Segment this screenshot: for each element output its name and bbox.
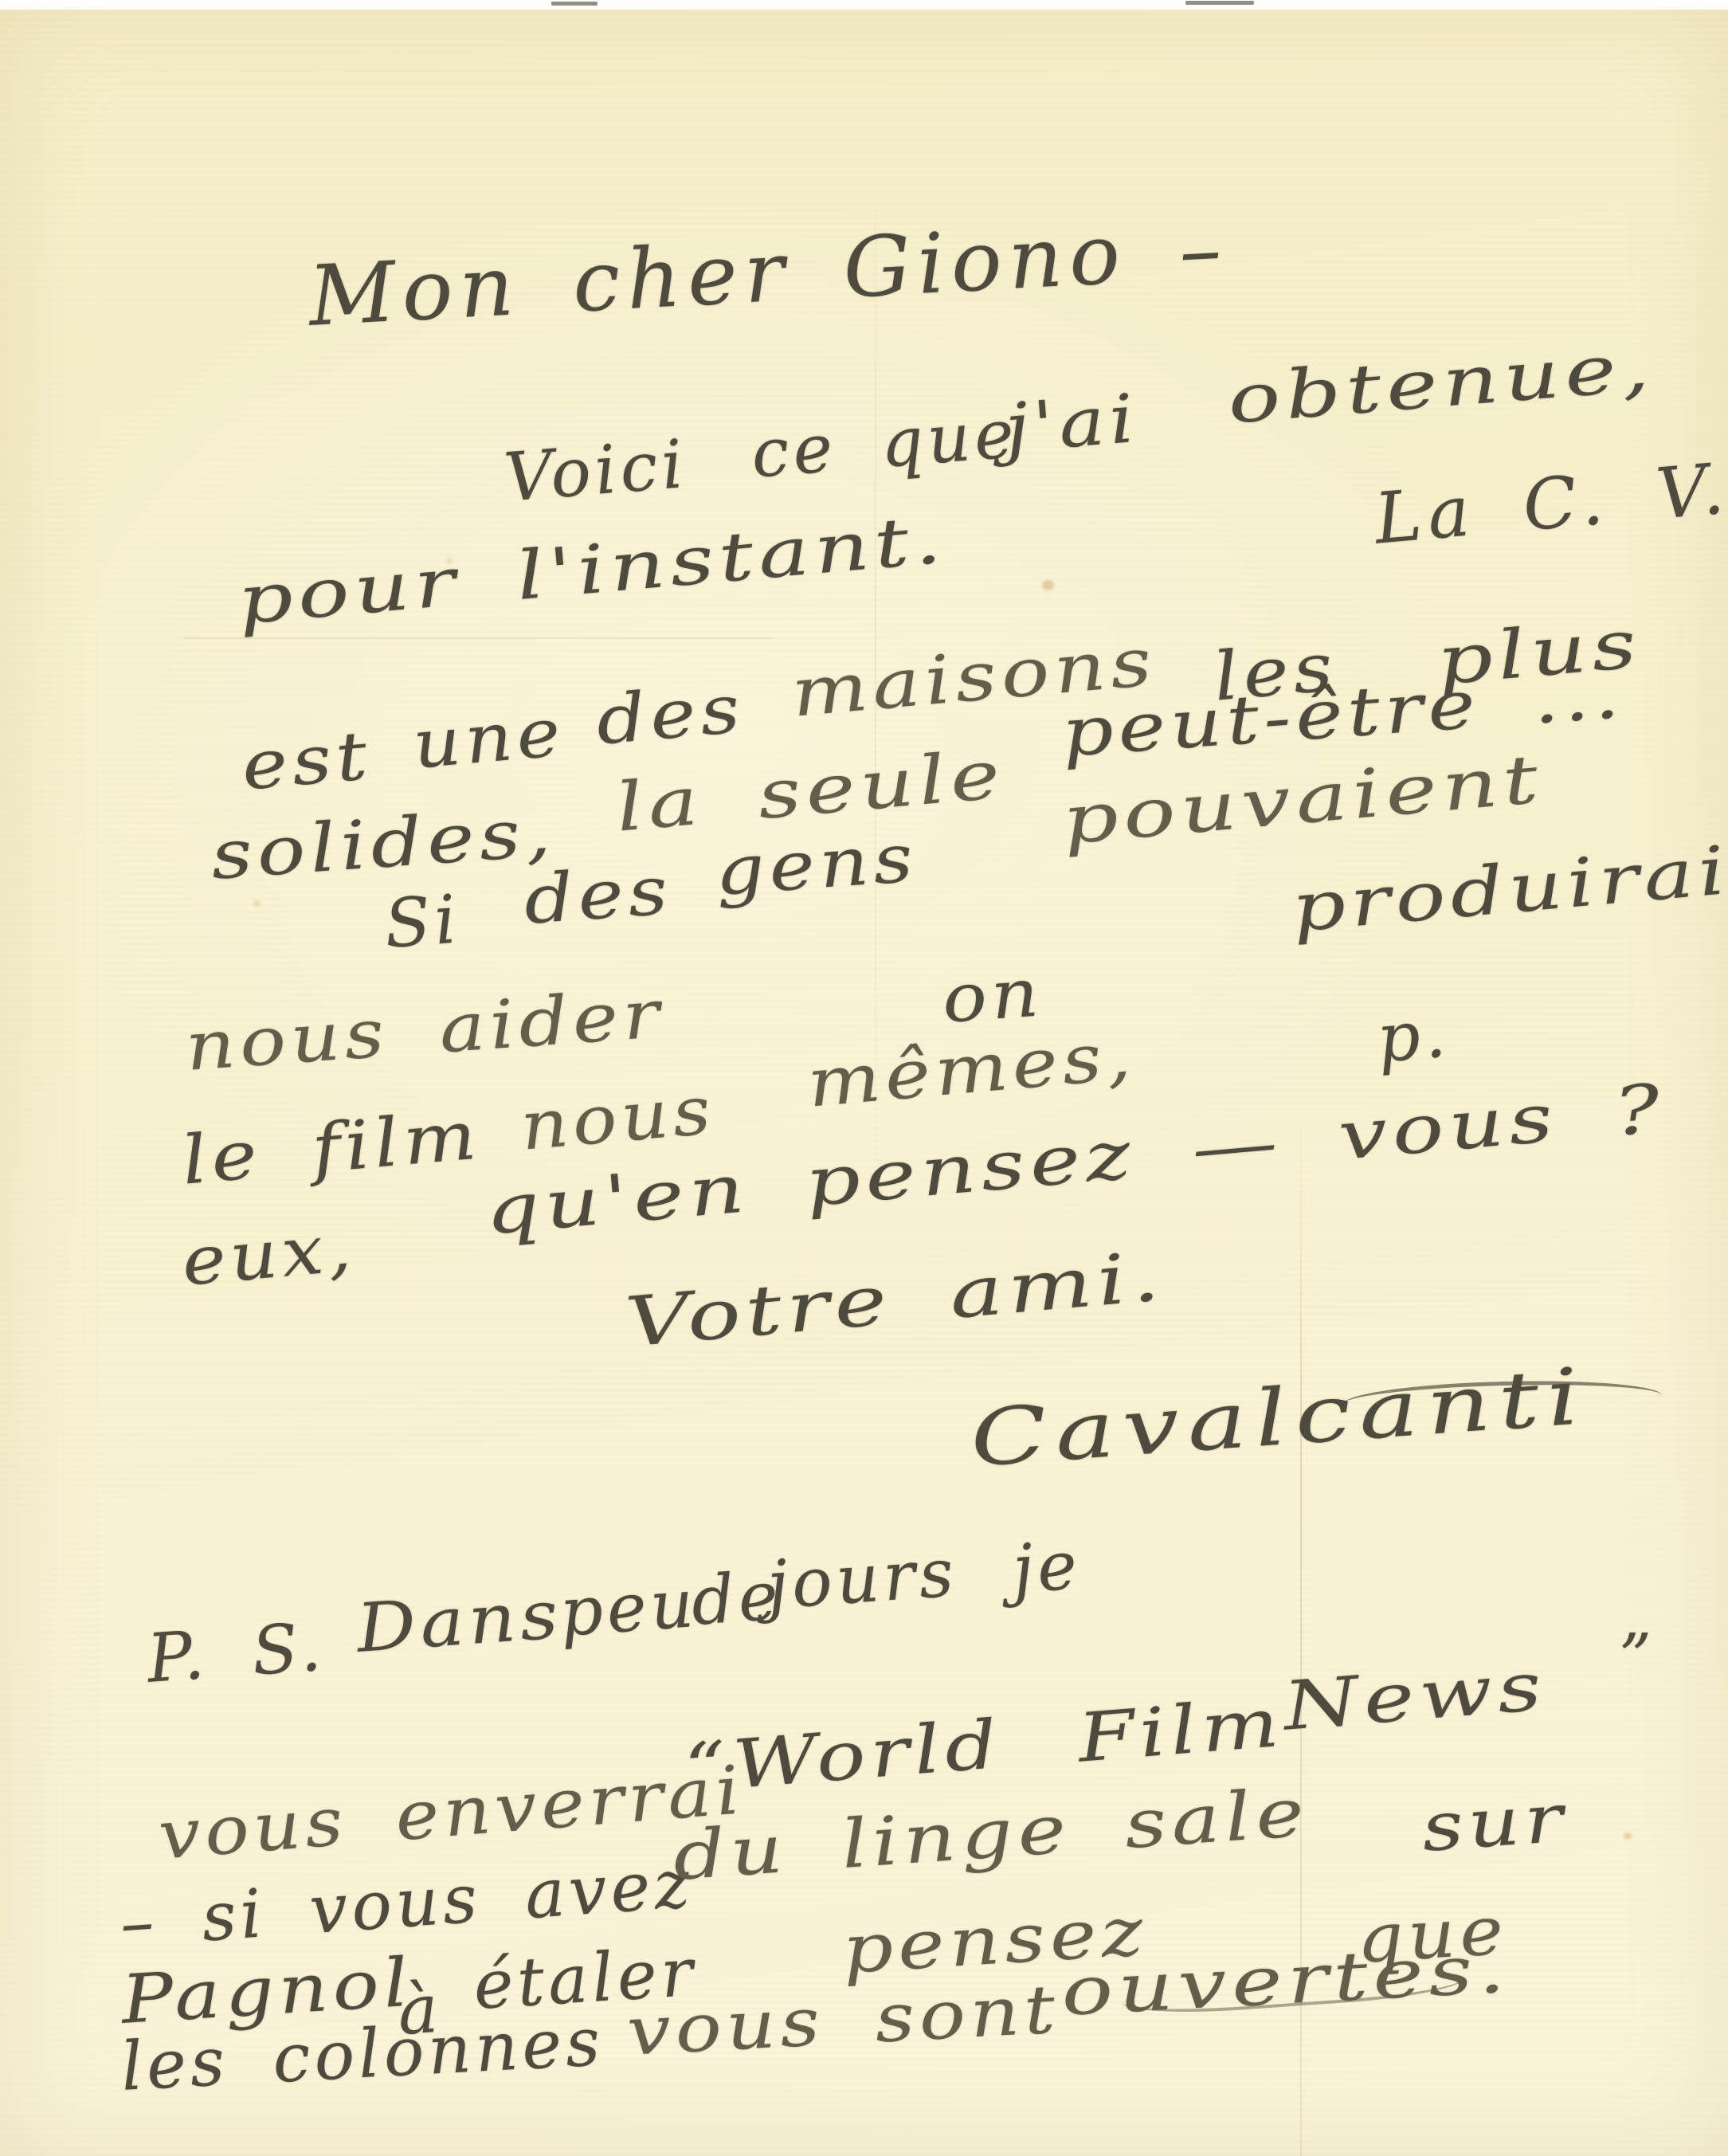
- salutation-text: Mon cher Giono –: [307, 207, 1230, 338]
- letter-page: Mon cher Giono – Voici ce que j'ai obten…: [0, 0, 1728, 2156]
- handwritten-word: nous: [518, 1076, 717, 1160]
- foxing-spot: [253, 900, 261, 907]
- foxing-spot: [1042, 580, 1054, 590]
- handwritten-word: Dans: [355, 1581, 564, 1662]
- company-initials: La C. V. C: [1372, 444, 1728, 554]
- handwritten-word: ce que: [749, 400, 1021, 488]
- magazine-title-word: Film: [1076, 1689, 1286, 1772]
- handwritten-word: Si: [382, 885, 462, 957]
- handwritten-word: je: [1010, 1531, 1083, 1603]
- handwritten-word: des: [522, 857, 674, 934]
- magazine-title-word: News: [1281, 1652, 1549, 1740]
- handwritten-word: est: [239, 722, 374, 800]
- handwritten-word: solides,: [209, 798, 558, 889]
- scan-artifact: [1185, 1, 1254, 5]
- handwritten-word: mêmes,: [805, 1021, 1138, 1117]
- handwritten-word: nous aider: [183, 980, 666, 1080]
- paper-crease: [183, 637, 773, 639]
- ps-label: P. S.: [145, 1613, 327, 1691]
- handwritten-word: obtenue,: [1225, 333, 1656, 433]
- handwritten-word: j'ai: [1002, 385, 1141, 462]
- handwritten-word: p.: [1374, 999, 1452, 1072]
- handwritten-word: une: [410, 698, 567, 778]
- handwritten-word: peu: [558, 1570, 699, 1646]
- signature-text: Cavalcanti: [968, 1358, 1589, 1479]
- handwritten-word: des: [594, 675, 746, 755]
- floating-close-quote: ”: [1619, 1625, 1656, 1689]
- handwritten-word: on: [940, 958, 1045, 1033]
- handwritten-word: gens: [713, 824, 919, 905]
- handwritten-word: eux,: [179, 1213, 358, 1296]
- handwritten-word: le film: [179, 1101, 484, 1194]
- handwritten-word: jours: [765, 1539, 959, 1618]
- handwritten-word: sur: [1420, 1784, 1569, 1861]
- foxing-spot: [1624, 1833, 1632, 1840]
- scan-edge: [0, 0, 1728, 10]
- magazine-title-word: “World: [682, 1711, 1005, 1802]
- closing-text: Votre ami.: [623, 1242, 1167, 1358]
- handwritten-word: Voici: [502, 430, 689, 512]
- handwritten-word: pour l'instant.: [235, 505, 949, 633]
- handwritten-word: produirait: [1289, 833, 1728, 942]
- scan-artifact: [551, 2, 598, 6]
- handwritten-word: ouvertes.: [1060, 1935, 1511, 2025]
- handwritten-word: vous sont: [625, 1976, 1061, 2065]
